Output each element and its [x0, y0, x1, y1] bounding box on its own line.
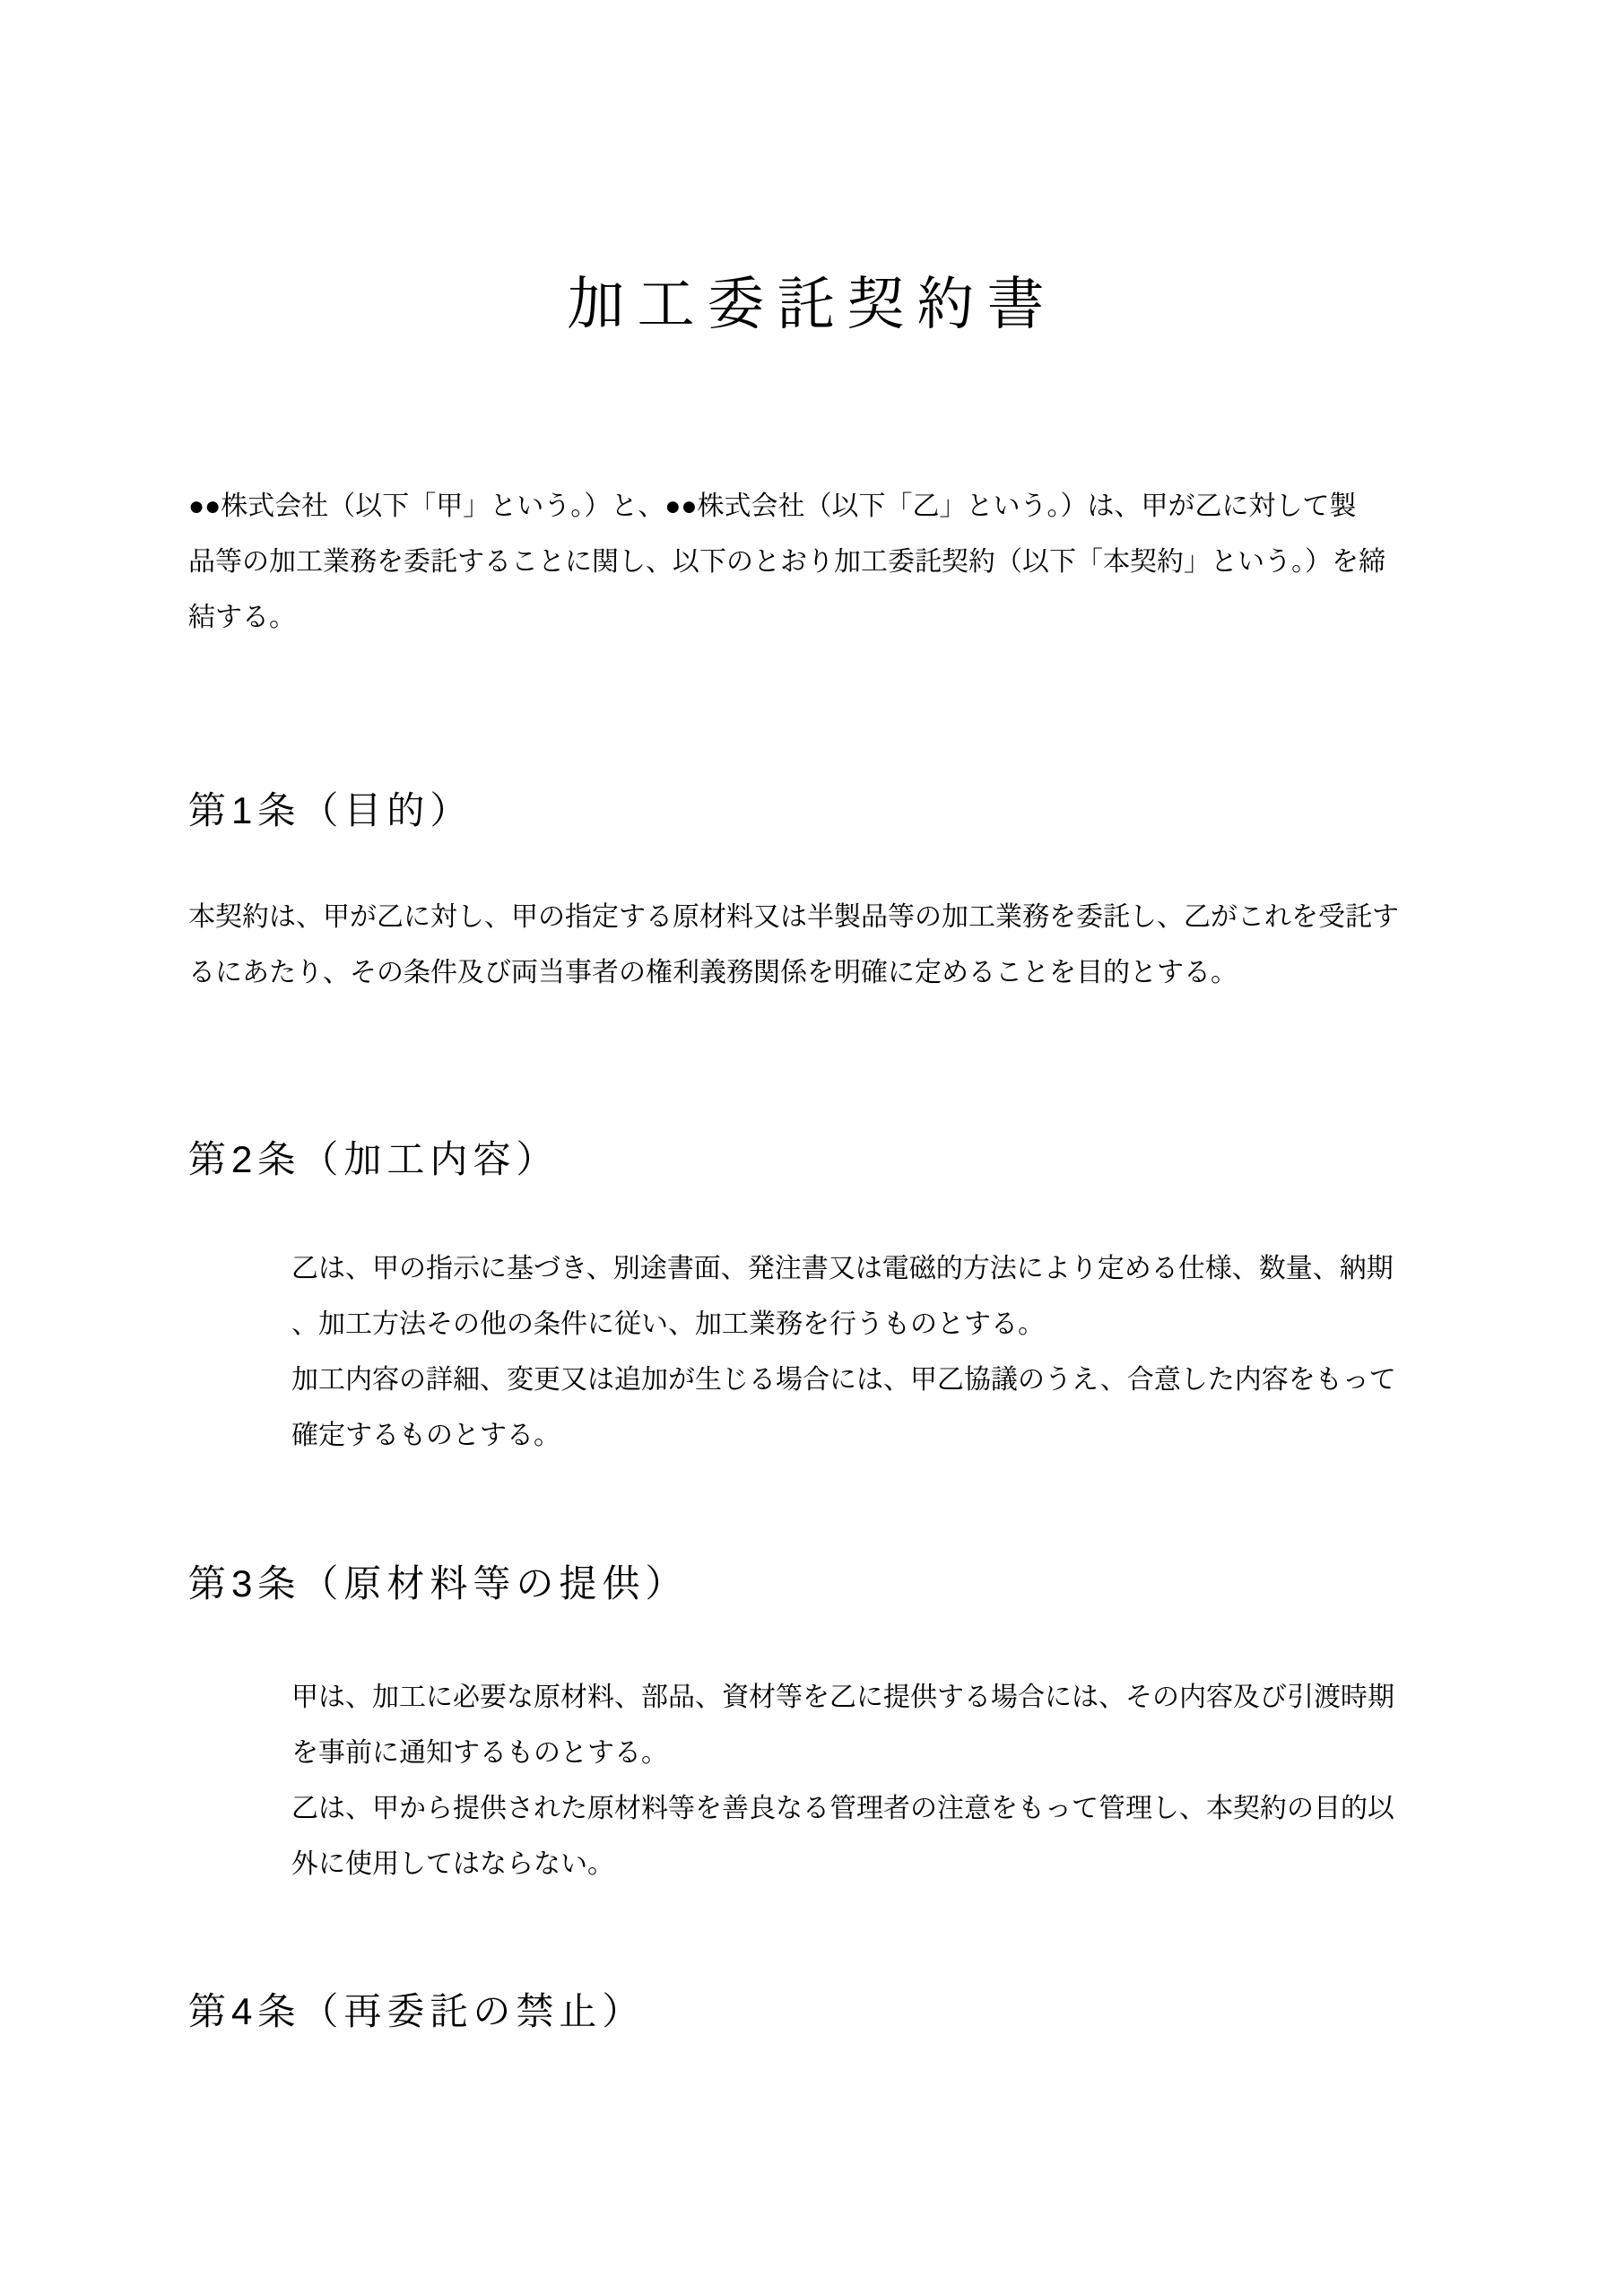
section-heading-article-1: 第1条（目的） [188, 785, 1436, 837]
document-page: 加工委託契約書 ●●株式会社（以下「甲」という。）と、●●株式会社（以下「乙」と… [0, 0, 1624, 2296]
section-heading-article-3: 第3条（原材料等の提供） [188, 1558, 1436, 1610]
document-title: 加工委託契約書 [188, 265, 1436, 343]
section-article-1: 第1条（目的） 本契約は、甲が乙に対し、甲の指定する原材料又は半製品等の加工業務… [188, 785, 1436, 1001]
section-body-article-2: 乙は、甲の指示に基づき、別途書面、発注書又は電磁的方法により定める仕様、数量、納… [188, 1241, 1436, 1464]
section-heading-article-2: 第2条（加工内容） [188, 1134, 1436, 1186]
preamble-paragraph: ●●株式会社（以下「甲」という。）と、●●株式会社（以下「乙」という。）は、甲が… [188, 479, 1436, 646]
section-article-3: 第3条（原材料等の提供） 甲は、加工に必要な原材料、部品、資材等を乙に提供する場… [188, 1558, 1436, 1892]
section-body-article-1: 本契約は、甲が乙に対し、甲の指定する原材料又は半製品等の加工業務を委託し、乙がこ… [188, 890, 1436, 1001]
section-article-4: 第4条（再委託の禁止） [188, 1986, 1436, 2038]
section-body-article-3: 甲は、加工に必要な原材料、部品、資材等を乙に提供する場合には、その内容及び引渡時… [188, 1670, 1436, 1892]
section-heading-article-4: 第4条（再委託の禁止） [188, 1986, 1436, 2038]
section-article-2: 第2条（加工内容） 乙は、甲の指示に基づき、別途書面、発注書又は電磁的方法により… [188, 1134, 1436, 1464]
